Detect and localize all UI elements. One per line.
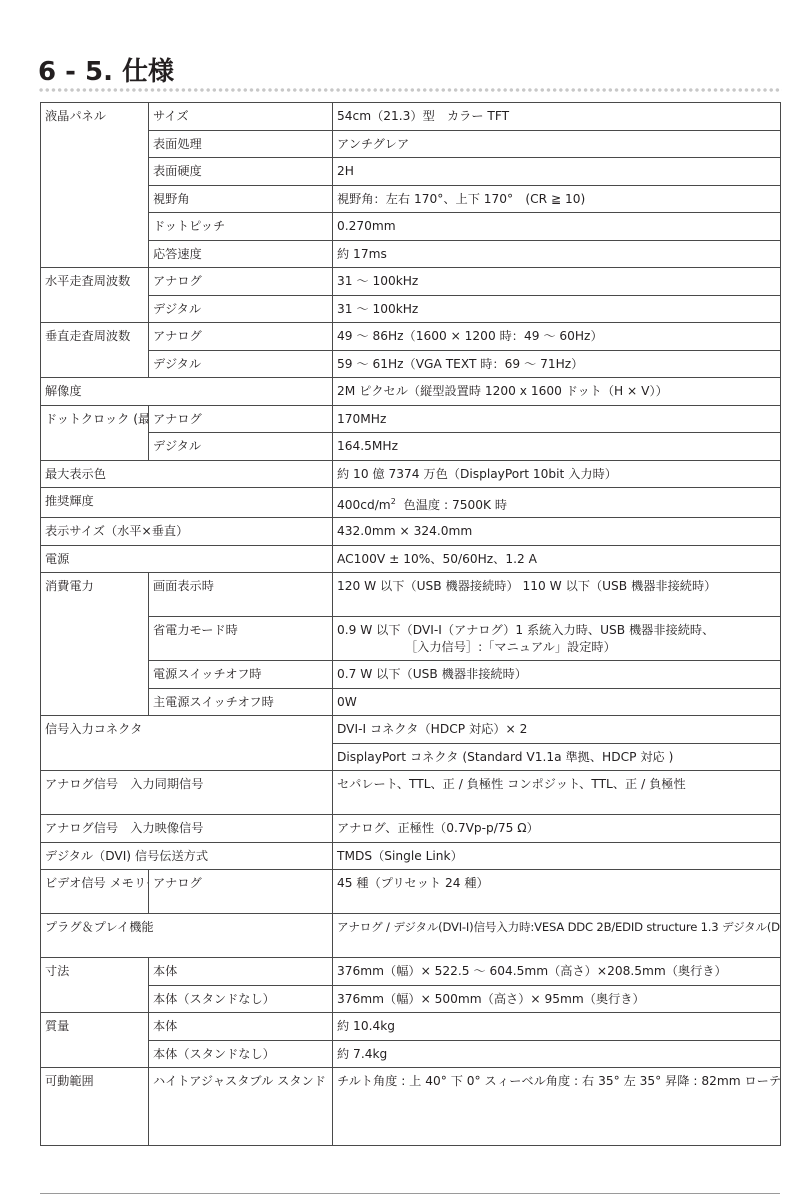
table-row: 可動範囲 ハイトアジャスタブル スタンド チルト角度 : 上 40° 下 0° … (41, 1068, 781, 1146)
value-cell: 視野角：左右 170°、上下 170° (CR ≧ 10) (333, 185, 781, 213)
sub-label: デジタル (149, 350, 333, 378)
row-label-analog-sync: アナログ信号 入力同期信号 (41, 771, 333, 815)
sub-label: 省電力モード時 (149, 617, 333, 661)
value-cell: 31 ～ 100kHz (333, 268, 781, 296)
row-label-h-freq: 水平走査周波数 (41, 268, 149, 323)
value-cell: 54cm（21.3）型 カラー TFT (333, 103, 781, 131)
sub-label: アナログ (149, 323, 333, 351)
value-cell: 31 ～ 100kHz (333, 295, 781, 323)
sub-label: アナログ (149, 268, 333, 296)
row-label-weight: 質量 (41, 1013, 149, 1068)
table-row: ドットクロック (最大) アナログ 170MHz (41, 405, 781, 433)
value-cell: チルト角度 : 上 40° 下 0° スィーベル角度 : 右 35° 左 35°… (333, 1068, 781, 1146)
table-row: 本体（スタンドなし） 376mm（幅）× 500mm（高さ）× 95mm（奥行き… (41, 985, 781, 1013)
sub-label: 表面硬度 (149, 158, 333, 186)
value-rest: 色温度 : 7500K 時 (396, 498, 507, 512)
value-cell: 170MHz (333, 405, 781, 433)
value-cell: TMDS（Single Link） (333, 842, 781, 870)
table-row: 水平走査周波数 アナログ 31 ～ 100kHz (41, 268, 781, 296)
sub-label: 本体（スタンドなし） (149, 985, 333, 1013)
value-cell: 0.9 W 以下（DVI-I（アナログ）1 系統入力時、USB 機器非接続時、［… (333, 617, 781, 661)
value-cell: 0.270mm (333, 213, 781, 241)
table-row: プラグ＆プレイ機能 アナログ / デジタル(DVI-I)信号入力時:VESA D… (41, 914, 781, 958)
sub-label: アナログ (149, 870, 333, 914)
table-row: 消費電力 画面表示時 120 W 以下（USB 機器接続時） 110 W 以下（… (41, 573, 781, 617)
sub-label: サイズ (149, 103, 333, 131)
table-row: アナログ信号 入力映像信号 アナログ、正極性（0.7Vp-p/75 Ω） (41, 815, 781, 843)
value-cell: 約 17ms (333, 240, 781, 268)
row-label-brightness: 推奨輝度 (41, 488, 333, 518)
value-cell: 2M ピクセル（縦型設置時 1200 x 1600 ドット（H × V）） (333, 378, 781, 406)
value-line: 0.9 W 以下（DVI-I（アナログ）1 系統入力時、USB 機器非接続時、 (337, 622, 776, 639)
table-row: 質量 本体 約 10.4kg (41, 1013, 781, 1041)
table-row: デジタル（DVI) 信号伝送方式 TMDS（Single Link） (41, 842, 781, 870)
table-row: デジタル 31 ～ 100kHz (41, 295, 781, 323)
sub-label: 電源スイッチオフ時 (149, 661, 333, 689)
value-cell: アナログ、正極性（0.7Vp-p/75 Ω） (333, 815, 781, 843)
row-label-dimensions: 寸法 (41, 958, 149, 1013)
table-row: アナログ信号 入力同期信号 セパレート、TTL、正 / 負極性 コンポジット、T… (41, 771, 781, 815)
table-row: 表面硬度 2H (41, 158, 781, 186)
value-cell: 45 種（プリセット 24 種） (333, 870, 781, 914)
sub-label: ドットピッチ (149, 213, 333, 241)
row-label-display-size: 表示サイズ（水平×垂直） (41, 518, 333, 546)
value-cell: アンチグレア (333, 130, 781, 158)
table-row: 主電源スイッチオフ時 0W (41, 688, 781, 716)
row-label-resolution: 解像度 (41, 378, 333, 406)
table-row: デジタル 164.5MHz (41, 433, 781, 461)
page-title: 6 - 5. 仕様 (38, 56, 174, 88)
row-label-plug-and-play: プラグ＆プレイ機能 (41, 914, 333, 958)
value-cell: DisplayPort コネクタ (Standard V1.1a 準拠、HDCP… (333, 743, 781, 771)
sub-label: 画面表示時 (149, 573, 333, 617)
value-cell: セパレート、TTL、正 / 負極性 コンポジット、TTL、正 / 負極性 (333, 771, 781, 815)
row-label-movable-range: 可動範囲 (41, 1068, 149, 1146)
table-row: 表面処理 アンチグレア (41, 130, 781, 158)
sub-label: デジタル (149, 295, 333, 323)
row-label-lcd-panel: 液晶パネル (41, 103, 149, 268)
row-label-digital-transfer: デジタル（DVI) 信号伝送方式 (41, 842, 333, 870)
table-row: 垂直走査周波数 アナログ 49 ～ 86Hz（1600 × 1200 時：49 … (41, 323, 781, 351)
value-cell: 約 7.4kg (333, 1040, 781, 1068)
value-cell: 376mm（幅）× 522.5 ～ 604.5mm（高さ）×208.5mm（奥行… (333, 958, 781, 986)
sub-label: アナログ (149, 405, 333, 433)
value-cell: 432.0mm × 324.0mm (333, 518, 781, 546)
value-cell: 約 10 億 7374 万色（DisplayPort 10bit 入力時） (333, 460, 781, 488)
table-row: 寸法 本体 376mm（幅）× 522.5 ～ 604.5mm（高さ）×208.… (41, 958, 781, 986)
spec-table: 液晶パネル サイズ 54cm（21.3）型 カラー TFT 表面処理 アンチグレ… (40, 102, 781, 1146)
value-line: ［入力信号］:「マニュアル」設定時） (337, 639, 616, 656)
row-label-video-memory: ビデオ信号 メモリー（最大） (41, 870, 149, 914)
table-row: 最大表示色 約 10 億 7374 万色（DisplayPort 10bit 入… (41, 460, 781, 488)
value-cell: 59 ～ 61Hz（VGA TEXT 時：69 ～ 71Hz） (333, 350, 781, 378)
footer-divider (40, 1193, 780, 1194)
sub-label: 本体 (149, 1013, 333, 1041)
sub-label: 本体（スタンドなし） (149, 1040, 333, 1068)
title-dotted-divider (38, 88, 782, 92)
row-label-power: 電源 (41, 545, 333, 573)
table-row: デジタル 59 ～ 61Hz（VGA TEXT 時：69 ～ 71Hz） (41, 350, 781, 378)
table-row: 応答速度 約 17ms (41, 240, 781, 268)
value-main: 400cd/m (337, 498, 391, 512)
table-row: 電源スイッチオフ時 0.7 W 以下（USB 機器非接続時） (41, 661, 781, 689)
value-cell: アナログ / デジタル(DVI-I)信号入力時:VESA DDC 2B/EDID… (333, 914, 781, 958)
table-row: 信号入力コネクタ DVI-I コネクタ（HDCP 対応）× 2 (41, 716, 781, 744)
table-row: ビデオ信号 メモリー（最大） アナログ 45 種（プリセット 24 種） (41, 870, 781, 914)
table-row: ドットピッチ 0.270mm (41, 213, 781, 241)
value-cell: DVI-I コネクタ（HDCP 対応）× 2 (333, 716, 781, 744)
table-row: 推奨輝度 400cd/m2 色温度 : 7500K 時 (41, 488, 781, 518)
row-label-input-connector: 信号入力コネクタ (41, 716, 333, 771)
value-cell: 2H (333, 158, 781, 186)
row-label-max-colors: 最大表示色 (41, 460, 333, 488)
sub-label: 主電源スイッチオフ時 (149, 688, 333, 716)
value-cell: 49 ～ 86Hz（1600 × 1200 時：49 ～ 60Hz） (333, 323, 781, 351)
table-row: 電源 AC100V ± 10%、50/60Hz、1.2 A (41, 545, 781, 573)
table-row: 省電力モード時 0.9 W 以下（DVI-I（アナログ）1 系統入力時、USB … (41, 617, 781, 661)
table-row: 解像度 2M ピクセル（縦型設置時 1200 x 1600 ドット（H × V）… (41, 378, 781, 406)
value-cell: 120 W 以下（USB 機器接続時） 110 W 以下（USB 機器非接続時） (333, 573, 781, 617)
sub-label: 本体 (149, 958, 333, 986)
value-cell: 376mm（幅）× 500mm（高さ）× 95mm（奥行き） (333, 985, 781, 1013)
table-row: 本体（スタンドなし） 約 7.4kg (41, 1040, 781, 1068)
value-cell: 0.7 W 以下（USB 機器非接続時） (333, 661, 781, 689)
sub-label: ハイトアジャスタブル スタンド (149, 1068, 333, 1146)
sub-label: 表面処理 (149, 130, 333, 158)
row-label-analog-video: アナログ信号 入力映像信号 (41, 815, 333, 843)
row-label-v-freq: 垂直走査周波数 (41, 323, 149, 378)
value-cell: AC100V ± 10%、50/60Hz、1.2 A (333, 545, 781, 573)
value-cell: 400cd/m2 色温度 : 7500K 時 (333, 488, 781, 518)
sub-label: 応答速度 (149, 240, 333, 268)
table-row: 液晶パネル サイズ 54cm（21.3）型 カラー TFT (41, 103, 781, 131)
row-label-consumption: 消費電力 (41, 573, 149, 716)
value-cell: 約 10.4kg (333, 1013, 781, 1041)
sub-label: 視野角 (149, 185, 333, 213)
table-row: 表示サイズ（水平×垂直） 432.0mm × 324.0mm (41, 518, 781, 546)
value-cell: 0W (333, 688, 781, 716)
row-label-dot-clock: ドットクロック (最大) (41, 405, 149, 460)
table-row: 視野角 視野角：左右 170°、上下 170° (CR ≧ 10) (41, 185, 781, 213)
value-cell: 164.5MHz (333, 433, 781, 461)
sub-label: デジタル (149, 433, 333, 461)
